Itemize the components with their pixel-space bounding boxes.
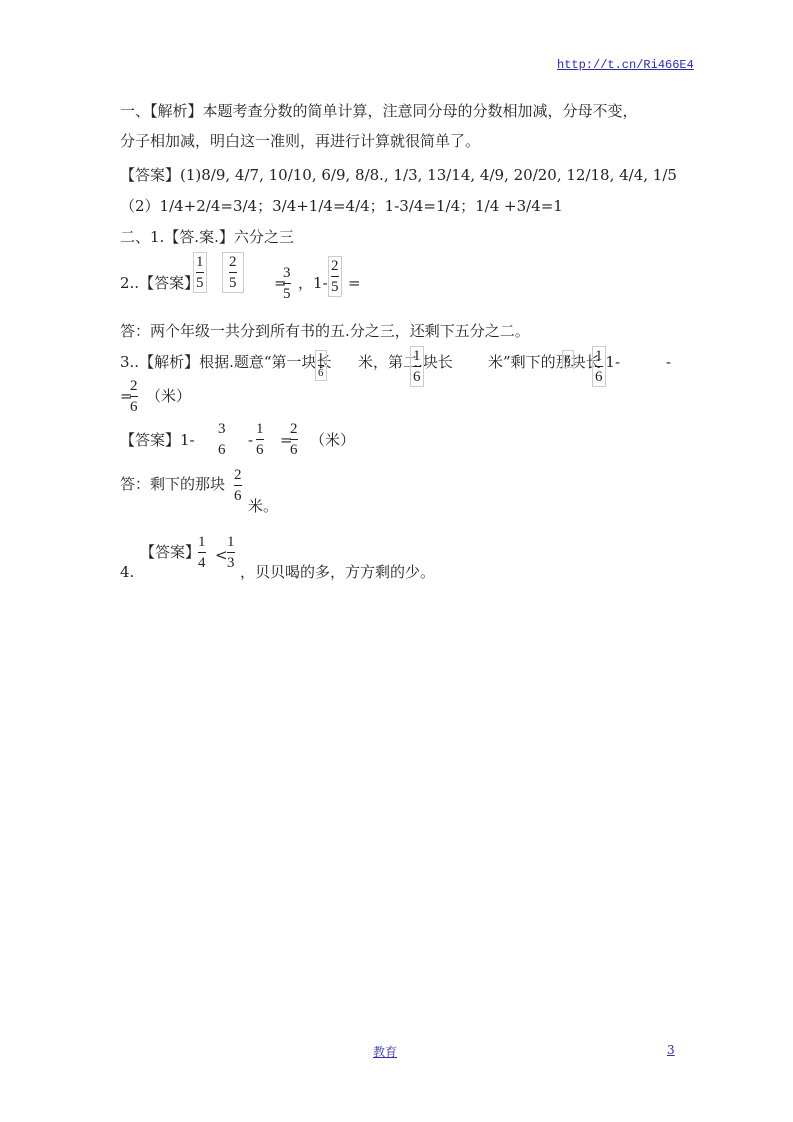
section1-answer-line1: 【答案】(1)8/9, 4/7, 10/10, 6/9, 8/8., 1/3, …	[120, 165, 677, 185]
fraction: 15	[193, 252, 207, 293]
section2-q4-number: 4.	[120, 562, 134, 582]
section2-q1-answer: 二、1.【答.案.】六分之三	[120, 227, 294, 247]
unit-text: （米）	[310, 430, 355, 450]
fraction: 16	[592, 346, 606, 387]
fraction: 14	[198, 533, 206, 572]
section2-q2-answer: 答：两个年级一共分到所有书的五.分之三，还剩下五分之二。	[120, 321, 530, 341]
fraction: 16	[256, 420, 264, 459]
fraction: 13	[227, 533, 235, 572]
footer-center-link[interactable]: 教育	[373, 1043, 397, 1060]
unit-text: 米。	[248, 496, 278, 516]
fraction: 6	[562, 350, 574, 368]
section1-answer-line2: （2）1/4+2/4=3/4；3/4+1/4=4/4；1-3/4=1/4；1/4…	[120, 196, 563, 216]
comma-text: ，1-	[298, 273, 328, 293]
fraction: 25	[222, 252, 244, 293]
section2-q2-prefix: 2..【答案】	[120, 273, 199, 293]
fraction: 36	[218, 420, 226, 459]
section2-q4-text: ，贝贝喝的多，方方剩的少。	[240, 562, 435, 582]
page-number[interactable]: 3	[667, 1043, 675, 1057]
minus-sign: -	[666, 352, 671, 372]
section2-q3-answer-prefix: 【答案】1-	[120, 430, 195, 450]
fraction: 26	[234, 466, 242, 505]
section2-q3-analysis-b: 米，第二.块长	[358, 352, 453, 372]
section1-analysis-line2: 分子相加减，明白这一准则，再进行计算就很简单了。	[120, 131, 480, 151]
fraction: 16	[410, 346, 424, 387]
equals-sign: =	[348, 273, 361, 293]
fraction: 35	[283, 264, 291, 303]
section2-q3-final-prefix: 答：剩下的那块	[120, 474, 225, 494]
less-than-sign: <	[215, 545, 228, 565]
fraction: 26	[130, 377, 138, 416]
section1-analysis-line1: 一、【解析】本题考查分数的简单计算，注意同分母的分数相加减，分母不变，	[120, 101, 638, 121]
section2-q3-analysis-a: 3..【解析】根据.题意“第一块长	[120, 352, 332, 372]
fraction: 16	[315, 350, 327, 381]
header-url-link[interactable]: http://t.cn/Ri466E4	[557, 58, 694, 72]
section2-q4-label: 【答案】	[140, 542, 200, 562]
fraction: 25	[328, 256, 342, 297]
minus-sign: -	[248, 430, 253, 450]
unit-text: （米）	[146, 386, 191, 406]
fraction: 26	[290, 420, 298, 459]
